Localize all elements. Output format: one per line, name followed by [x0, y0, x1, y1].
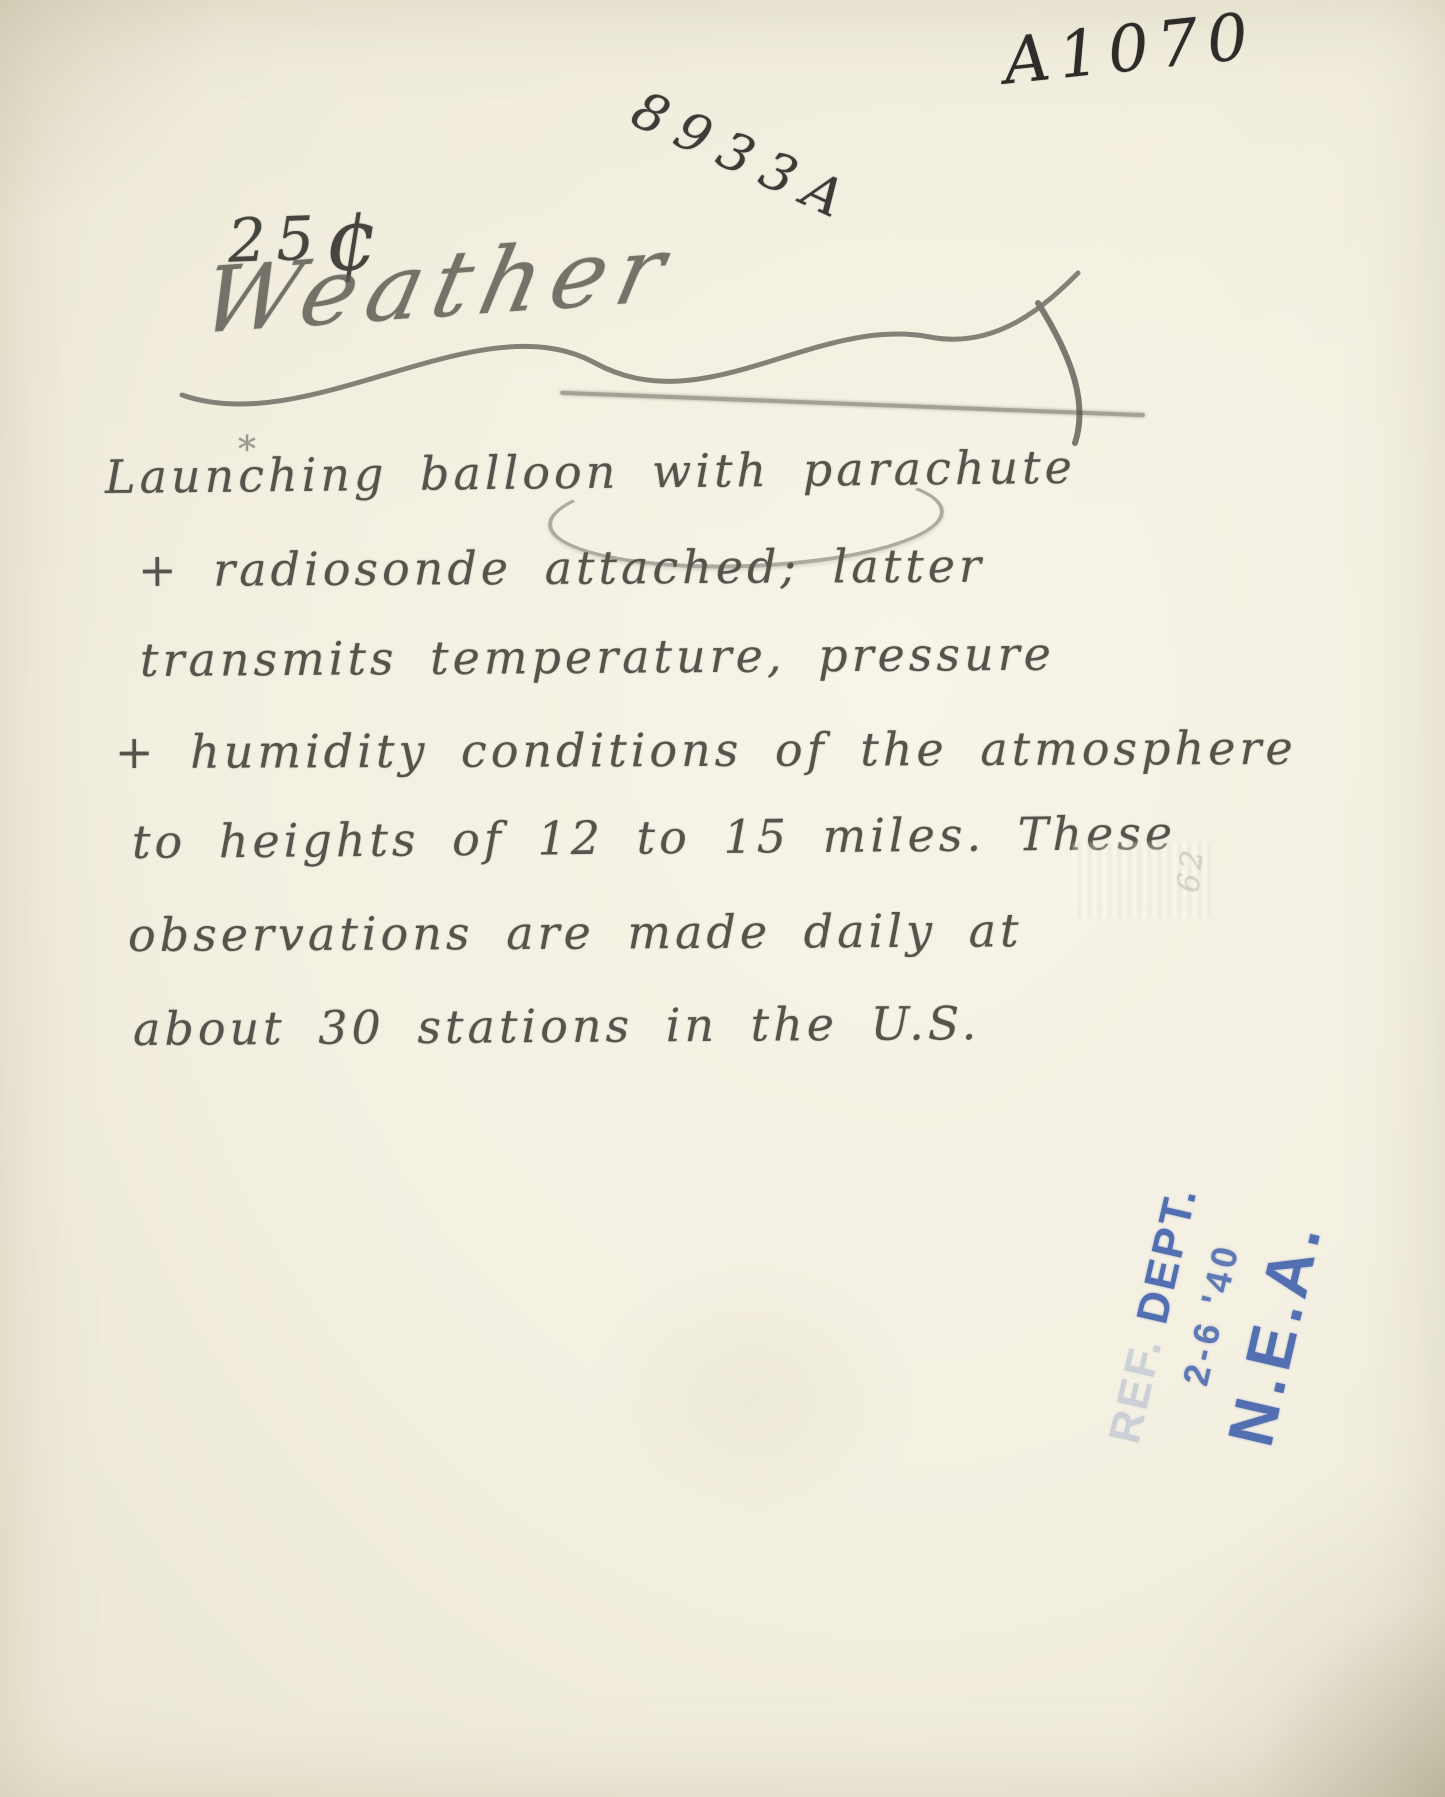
caption-line-5: to heights of 12 to 15 miles. These — [132, 806, 1177, 869]
caption-line1-post: with parachute — [652, 440, 1076, 498]
caption-line1-pre: Launching — [105, 447, 388, 504]
caption-line-6: observations are made daily at — [128, 903, 1023, 962]
ghost-smudge — [590, 1255, 920, 1535]
corner-bend-shadow — [1255, 1607, 1445, 1797]
overline-annotation — [560, 391, 1145, 417]
negative-number: 8933A — [623, 80, 866, 236]
caption-line-1: Launching balloon with parachute — [105, 440, 1076, 504]
caption-line-3: transmits temperature, pressure — [140, 627, 1055, 687]
caption-line-2: + radiosonde attached; latter — [138, 539, 985, 597]
side-mark: 62 — [1171, 844, 1211, 894]
catalog-number: A1070 — [1000, 0, 1260, 100]
photo-verso: A1070 8933A 25¢ Weather * Launching ball… — [0, 0, 1445, 1797]
caption-line-7: about 30 stations in the U.S. — [133, 996, 981, 1056]
caption-line-4: + humidity conditions of the atmosphere — [115, 721, 1297, 779]
reference-dept-stamp: REF. DEPT. 2-6 '40 N.E.A. — [1100, 1086, 1360, 1478]
caption-word-balloon: balloon — [420, 445, 620, 501]
stamp-ref-text: REF. — [1100, 1332, 1172, 1448]
